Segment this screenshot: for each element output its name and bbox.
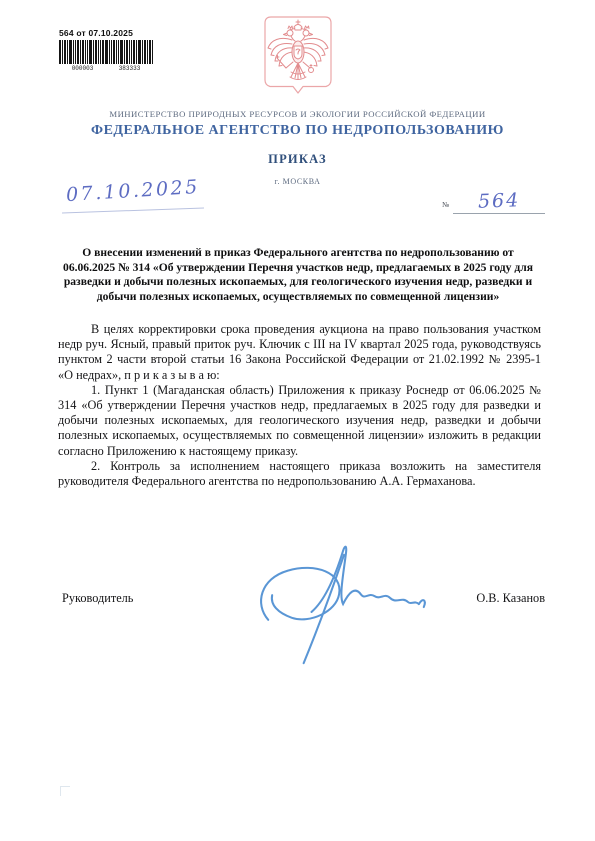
number-sign-label: № xyxy=(442,200,449,209)
registration-stamp: 564 от 07.10.2025 000003 383333 xyxy=(59,28,155,72)
order-body: В целях корректировки срока проведения а… xyxy=(58,322,541,489)
number-underline: 564 xyxy=(453,190,545,214)
barcode-digits-right: 383333 xyxy=(119,65,141,72)
stamp-label: 564 от 07.10.2025 xyxy=(59,28,155,38)
order-item-1: 1. Пункт 1 (Магаданская область) Приложе… xyxy=(58,383,541,459)
barcode-digits: 000003 383333 xyxy=(59,65,153,72)
ministry-name: МИНИСТЕРСТВО ПРИРОДНЫХ РЕСУРСОВ И ЭКОЛОГ… xyxy=(0,109,595,119)
date-underline xyxy=(62,208,204,214)
order-number-block: №564 xyxy=(442,190,545,214)
order-item-2: 2. Контроль за исполнением настоящего пр… xyxy=(58,459,541,489)
handwritten-number: 564 xyxy=(478,189,521,212)
signer-name: О.В. Казанов xyxy=(476,591,545,606)
document-type: ПРИКАЗ xyxy=(0,152,595,167)
document-page: 564 от 07.10.2025 000003 383333 xyxy=(0,0,595,841)
preamble-paragraph: В целях корректировки срока проведения а… xyxy=(58,322,541,383)
barcode xyxy=(59,40,155,64)
signer-position: Руководитель xyxy=(62,591,133,606)
order-title: О внесении изменений в приказ Федерально… xyxy=(57,246,539,304)
coat-of-arms-icon xyxy=(261,14,335,98)
agency-name: ФЕДЕРАЛЬНОЕ АГЕНТСТВО ПО НЕДРОПОЛЬЗОВАНИ… xyxy=(0,123,595,139)
barcode-digits-left: 000003 xyxy=(72,65,94,72)
signature-icon xyxy=(250,543,442,671)
crop-mark xyxy=(60,786,70,796)
